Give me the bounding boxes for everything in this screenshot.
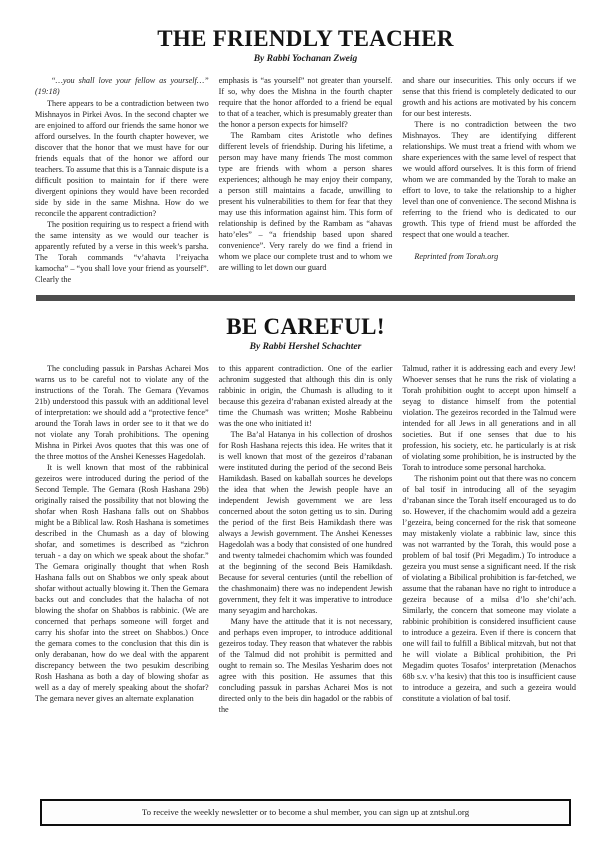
newsletter-signup-box: To receive the weekly newsletter or to b… (40, 799, 571, 826)
paragraph: The position requiring us to respect a f… (35, 219, 209, 285)
paragraph: and share our insecurities. This only oc… (402, 75, 576, 119)
article2-columns: The concluding passuk in Parshas Acharei… (35, 363, 576, 715)
paragraph: The rishonim point out that there was no… (402, 473, 576, 704)
paragraph: Talmud, rather it is addressing each and… (402, 363, 576, 473)
epigraph-verse: “…you shall love your fellow as yourself… (35, 75, 209, 97)
paragraph: It is well known that most of the rabbin… (35, 462, 209, 704)
newsletter-page: THE FRIENDLY TEACHER By Rabbi Yochanan Z… (0, 0, 611, 864)
article1-title: THE FRIENDLY TEACHER (35, 26, 576, 52)
paragraph: The Rambam cites Aristotle who defines d… (219, 130, 393, 273)
article1-byline: By Rabbi Yochanan Zweig (35, 54, 576, 64)
paragraph: There appears to be a contradiction betw… (35, 98, 209, 219)
newsletter-signup-text: To receive the weekly newsletter or to b… (50, 807, 561, 817)
article2-column-3: Talmud, rather it is addressing each and… (402, 363, 576, 715)
article1-column-3: and share our insecurities. This only oc… (402, 75, 576, 285)
paragraph: The Ba’al Hatanya in his collection of d… (219, 429, 393, 616)
article2-byline: By Rabbi Hershel Schachter (35, 342, 576, 352)
article-friendly-teacher: THE FRIENDLY TEACHER By Rabbi Yochanan Z… (35, 26, 576, 285)
article2-column-2: to this apparent contradiction. One of t… (219, 363, 393, 715)
section-divider-bar (36, 295, 575, 301)
article2-title: BE CAREFUL! (35, 314, 576, 340)
article-be-careful: BE CAREFUL! By Rabbi Hershel Schachter T… (35, 314, 576, 715)
article1-columns: “…you shall love your fellow as yourself… (35, 75, 576, 285)
paragraph: Many have the attitude that it is not ne… (219, 616, 393, 715)
paragraph: There is no contradiction between the tw… (402, 119, 576, 240)
paragraph: to this apparent contradiction. One of t… (219, 363, 393, 429)
paragraph: The concluding passuk in Parshas Acharei… (35, 363, 209, 462)
article1-column-1: “…you shall love your fellow as yourself… (35, 75, 209, 285)
article2-column-1: The concluding passuk in Parshas Acharei… (35, 363, 209, 715)
attribution-source: Reprinted from Torah.org (402, 251, 576, 262)
article1-column-2: emphasis is “as yourself” not greater th… (219, 75, 393, 285)
paragraph: emphasis is “as yourself” not greater th… (219, 75, 393, 130)
